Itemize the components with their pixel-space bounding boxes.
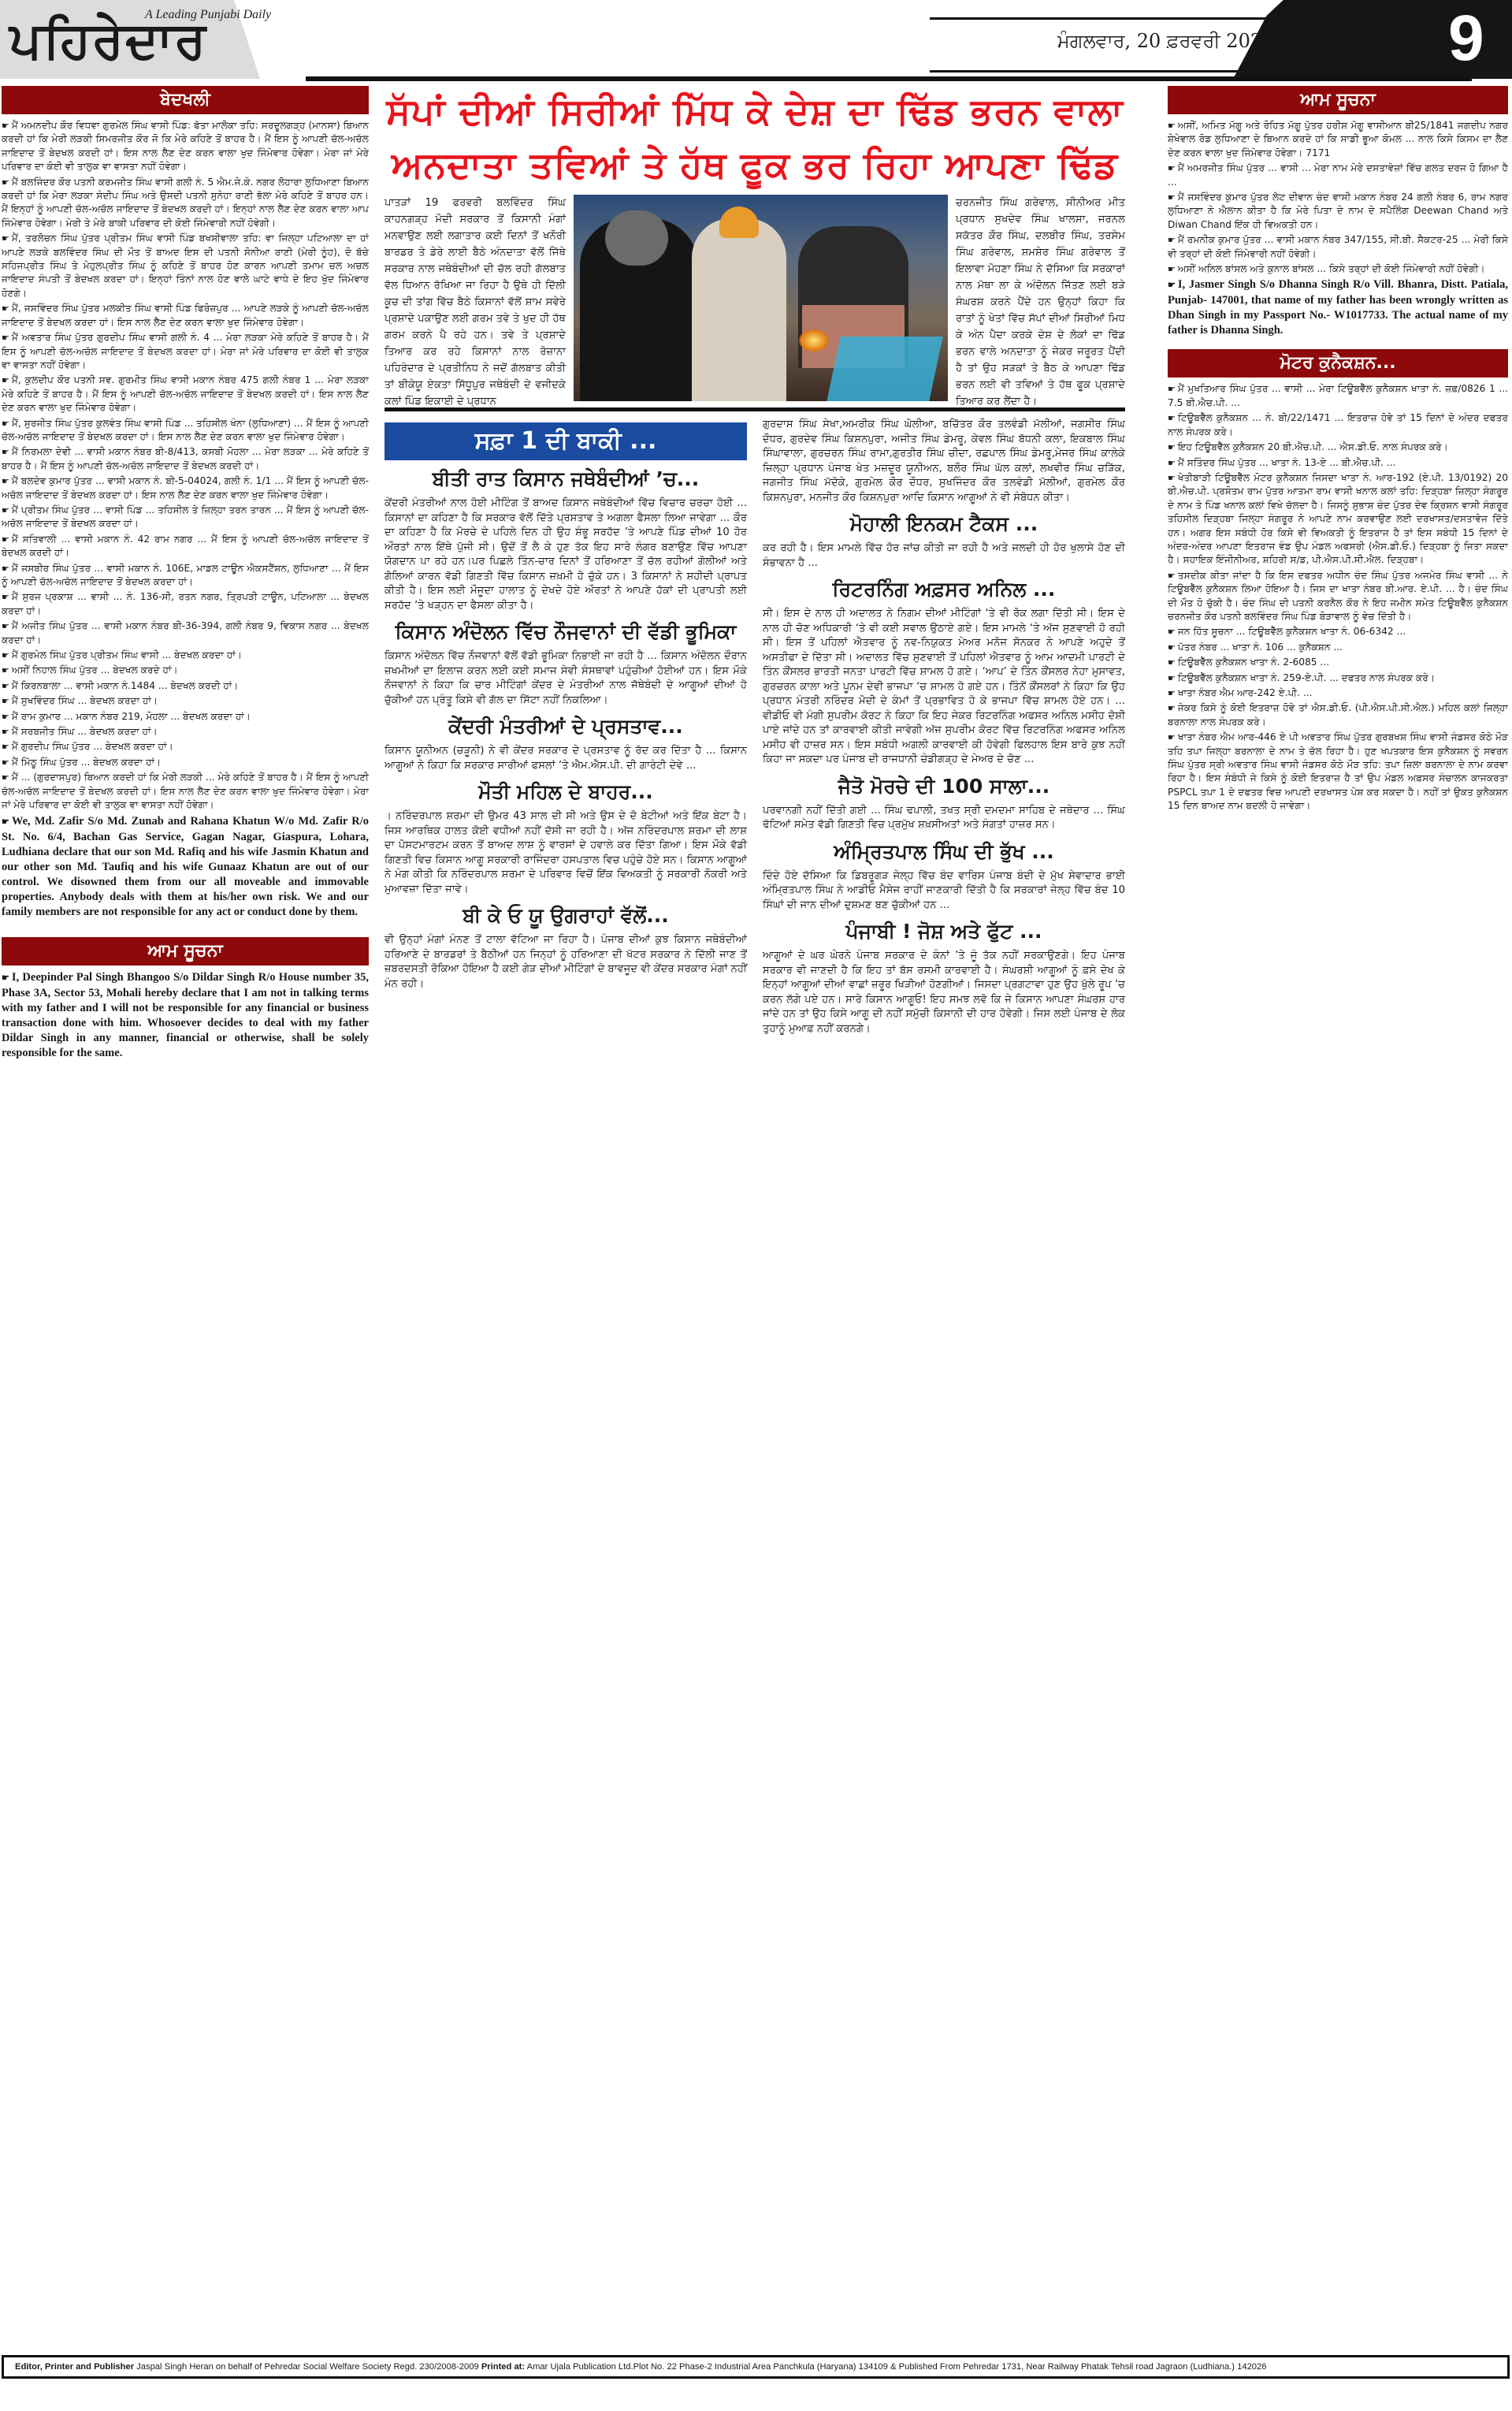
pointing-hand-icon: ☛ [2,121,9,131]
notice-item: ☛ਮੈਂ ਸੁਰਜ ਪ੍ਰਕਾਸ਼ ... ਵਾਸੀ ... ਨੰ. 136-ਸ… [2,590,369,618]
notice-item: ☛ਮੈਂ, ਤਰਲੋਚਨ ਸਿੰਘ ਪੁੱਤਰ ਪ੍ਰੀਤਮ ਸਿੰਘ ਵਾਸੀ… [2,232,369,300]
story-list-right: ਗੁਰਦਾਸ ਸਿੰਘ ਸੇਖਾ,ਅਮਰੀਕ ਸਿੰਘ ਘੋਲੀਆ, ਬਚਿੱਤ… [763,418,1125,1040]
tagline: A Leading Punjabi Daily [145,8,271,22]
photo-fire [798,329,830,352]
pointing-hand-icon: ☛ [1168,627,1176,637]
story-headline[interactable]: ਕੇਂਦਰੀ ਮੰਤਰੀਆਂ ਦੇ ਪ੍ਰਸਤਾਵ... [385,713,747,741]
masthead-rule [306,76,1472,81]
main-news-area: ਸੱਪਾਂ ਦੀਆਂ ਸਿਰੀਆਂ ਮਿੱਧ ਕੇ ਦੇਸ਼ ਦਾ ਢਿੱਡ ਭ… [385,83,1125,2349]
lead-story-photo[interactable] [574,195,948,401]
notice-item: ☛ਮੈਂ ਅਜੀਤ ਸਿੰਘ ਪੁੱਤਰ ... ਵਾਸੀ ਮਕਾਨ ਨੰਬਰ … [2,619,369,647]
story-body: । ਨਰਿੰਦਰਪਾਲ ਸ਼ਰਮਾ ਦੀ ਉਮਰ 43 ਸਾਲ ਦੀ ਸੀ ਅਤ… [385,809,747,897]
pointing-hand-icon: ☛ [2,665,9,675]
pointing-hand-icon: ☛ [1168,473,1176,483]
pointing-hand-icon: ☛ [2,592,9,602]
notice-item: ☛ਖਾਤਾ ਨੰਬਰ ਐਮ ਆਰ-446 ਏ ਪੀ ਅਵਤਾਰ ਸਿੰਘ ਪੁੱ… [1168,731,1508,813]
continued-stories: ਸਫ਼ਾ 1 ਦੀ ਬਾਕੀ ... ਬੀਤੀ ਰਾਤ ਕਿਸਾਨ ਜਥੇਬੰਦ… [385,418,1125,1040]
pointing-hand-icon: ☛ [2,712,9,722]
imprint-footer: Editor, Printer and Publisher Jaspal Sin… [2,2355,1510,2379]
notice-item: ☛ਅਸੀਂ ਨਿਹਾਲ ਸਿੰਘ ਪੁੱਤਰ ... ਬੇਦਖਲ ਕਰਦੇ ਹਾ… [2,664,369,677]
pointing-hand-icon: ☛ [1168,458,1176,468]
pointing-hand-icon: ☛ [2,772,9,783]
lead-story: ਪਾਤੜਾਂ 19 ਫਰਵਰੀ ਬਲਵਿੰਦਰ ਸਿੰਘ ਕਾਹਨਗੜ੍ਹ ਮੋ… [385,195,1125,401]
pointing-hand-icon: ☛ [2,177,9,188]
pointing-hand-icon: ☛ [2,564,9,574]
story-body: ਕਿਸਾਨ ਅੰਦੋਲਨ ਵਿੱਚ ਨੌਜਵਾਨਾਂ ਵੱਲੋਂ ਵੱਡੀ ਭੂ… [385,649,747,708]
masthead: ਪਹਿਰੇਦਾਰ A Leading Punjabi Daily ਮੰਗਲਵਾਰ… [0,0,1512,79]
notice-item: ☛ਮੈਂ ਕਿਰਨਬਾਲਾ ... ਵਾਸੀ ਮਕਾਨ ਨੰ.1484 ... … [2,679,369,693]
notice-item: ☛ਮੈਂ ਮਿੱਠੂ ਸਿੰਘ ਪੁੱਤਰ ... ਬੇਦਖਲ ਕਰਦਾ ਹਾਂ… [2,756,369,769]
story-list-left: ਬੀਤੀ ਰਾਤ ਕਿਸਾਨ ਜਥੇਬੰਦੀਆਂ ’ਚ...ਕੇਂਦਰੀ ਮੰਤ… [385,465,747,992]
photo-basket [827,337,942,401]
section-title-aam-suchna-right: ਆਮ ਸੂਚਨਾ [1168,86,1508,114]
story-headline[interactable]: ਅੰਮ੍ਰਿਤਪਾਲ ਸਿੰਘ ਦੀ ਭੁੱਖ ... [763,838,1125,866]
pointing-hand-icon: ☛ [1168,688,1176,698]
pointing-hand-icon: ☛ [1168,413,1176,423]
story-headline[interactable]: ਬੀ ਕੇ ਓ ਯੂ ਉਗਰਾਹਾਂ ਵੱਲੋਂ... [385,902,747,930]
notice-item: ☛ਮੈਂ ਸਤਿਵਾਲੀ ... ਵਾਸੀ ਮਕਾਨ ਨੰ. 42 ਰਾਮ ਨਗ… [2,533,369,560]
notice-item: ☛ਮੈਂ ਬਲਦੇਵ ਕੁਮਾਰ ਪੁੱਤਰ ... ਵਾਸੀ ਮਕਾਨ ਨੰ.… [2,474,369,502]
photo-figure [605,210,668,266]
story-body: ਕੇਂਦਰੀ ਮੰਤਰੀਆਂ ਨਾਲ ਹੋਈ ਮੀਟਿੰਗ ਤੋਂ ਬਾਅਦ ਕ… [385,497,747,613]
notice-list: ☛ਮੈਂ ਅਮਨਦੀਪ ਕੌਰ ਵਿਧਵਾ ਗੁਰਮੇਲ ਸਿੰਘ ਵਾਸੀ ਪ… [2,119,369,813]
notice-item: ☛ਜੇਕਰ ਕਿਸੇ ਨੂੰ ਕੋਈ ਇਤਰਾਜ਼ ਹੋਵੇ ਤਾਂ ਐਸ.ਡੀ… [1168,701,1508,729]
pointing-hand-icon: ☛ [1168,642,1176,653]
notice-item: ☛ਟਿਊਬਵੈੱਲ ਕੁਨੈਕਸ਼ਨ ਖਾਤਾ ਨੰ. 259-ਏ.ਪੀ. ..… [1168,672,1508,685]
notice-item: ☛ਮੈਂ, ਜਸਵਿੰਦਰ ਸਿੰਘ ਪੁੱਤਰ ਮਲਕੀਤ ਸਿੰਘ ਵਾਸੀ… [2,302,369,329]
story-headline[interactable]: ਕਿਸਾਨ ਅੰਦੋਲਨ ਵਿੱਚ ਨੌਜਵਾਨਾਂ ਦੀ ਵੱਡੀ ਭੂਮਿਕ… [385,618,747,646]
notice-item: ☛ਅਸੀਂ ਅਨਿਲ ਬਾਂਸਲ ਅਤੇ ਕੁਨਾਲ ਬਾਂਸਲ ... ਕਿਸ… [1168,262,1508,276]
notice-item: ☛ਮੈਂ ਅਮਨਦੀਪ ਕੌਰ ਵਿਧਵਾ ਗੁਰਮੇਲ ਸਿੰਘ ਵਾਸੀ ਪ… [2,119,369,174]
notice-item: ☛ਟਿਊਬਵੈੱਲ ਕੁਨੈਕਸ਼ਨ ... ਨੰ. ਬੀ/22/1471 ..… [1168,411,1508,439]
pointing-hand-icon: ☛ [2,534,9,545]
pointing-hand-icon: ☛ [2,333,9,343]
lead-headline-line1[interactable]: ਸੱਪਾਂ ਦੀਆਂ ਸਿਰੀਆਂ ਮਿੱਧ ਕੇ ਦੇਸ਼ ਦਾ ਢਿੱਡ ਭ… [385,86,1125,136]
pointing-hand-icon: ☛ [2,742,9,752]
right-column-notices: ਆਮ ਸੂਚਨਾ ☛ਅਸੀਂ, ਅਮਿਤ ਮੱਗੂ ਅਤੇ ਰੋਹਿਤ ਮੱਗੂ… [1168,83,1508,2349]
notice-item: ☛ਮੈਂ ਗੁਰਮੇਲ ਸਿੰਘ ਪੁੱਤਰ ਪ੍ਰੀਤਮ ਸਿੰਘ ਵਾਸੀ … [2,649,369,662]
story-body: ਕਿਸਾਨ ਯੂਨੀਅਨ (ਚੜੂਨੀ) ਨੇ ਵੀ ਕੇਂਦਰ ਸਰਕਾਰ ਦ… [385,744,747,773]
story-headline[interactable]: ਜੈਤੋ ਮੋਰਚੇ ਦੀ 100 ਸਾਲਾ... [763,772,1125,801]
pointing-hand-icon: ☛ [1168,264,1176,274]
notice-item: ☛ਮੈਂ ਨਿਰਮਲਾ ਦੇਵੀ ... ਵਾਸੀ ਮਕਾਨ ਨੰਬਰ ਬੀ-8… [2,445,369,473]
section-title-bedakhli: ਬੇਦਖਲੀ [2,86,369,114]
pointing-hand-icon: ☛ [2,973,9,983]
pointing-hand-icon: ☛ [1168,163,1176,173]
pointing-hand-icon: ☛ [2,419,9,429]
pointing-hand-icon: ☛ [1168,673,1176,683]
lead-story-text-left: ਪਾਤੜਾਂ 19 ਫਰਵਰੀ ਬਲਵਿੰਦਰ ਸਿੰਘ ਕਾਹਨਗੜ੍ਹ ਮੋ… [385,195,566,401]
english-notice-right: ☛I, Jasmer Singh S/o Dhanna Singh R/o Vi… [1168,277,1508,338]
section-title-motor-connection: ਮੋਟਰ ਕੁਨੈਕਸ਼ਨ... [1168,349,1508,378]
pointing-hand-icon: ☛ [1168,192,1176,203]
pointing-hand-icon: ☛ [2,681,9,691]
pointing-hand-icon: ☛ [1168,703,1176,713]
story-body: ਦਿੰਦੇ ਹੋਏ ਦੱਸਿਆ ਕਿ ਡਿਬਰੂਗੜ ਜੇਲ੍ਹ ਵਿੱਚ ਬੰ… [763,869,1125,913]
story-body: ਵੀ ਉਨ੍ਹਾਂ ਮੰਗਾਂ ਮੰਨਣ ਤੋਂ ਟਾਲਾ ਵੱਟਿਆ ਜਾ ਰ… [385,933,747,992]
pointing-hand-icon: ☛ [2,447,9,457]
notice-item: ☛ਮੈਂ ... (ਗੁਰਦਾਸਪੁਰ) ਬਿਆਨ ਕਰਦੀ ਹਾਂ ਕਿ ਮੇ… [2,771,369,812]
notice-item: ☛ਮੈਂ ਸਰਬਜੀਤ ਸਿੰਘ ... ਬੇਦਖਲ ਕਰਦਾ ਹਾਂ। [2,725,369,739]
notice-item: ☛ਮੈਂ ਪ੍ਰੀਤਮ ਸਿੰਘ ਪੁੱਤਰ ... ਵਾਸੀ ਪਿੰਡ ...… [2,504,369,531]
notice-item: ☛ਖਾਤਾ ਨੰਬਰ ਐਮ ਆਰ-242 ਏ.ਪੀ. ... [1168,686,1508,700]
notice-item: ☛ਮੈਂ, ਕੁਲਦੀਪ ਕੌਰ ਪਤਨੀ ਸਵ. ਗੁਰਮੀਤ ਸਿੰਘ ਵਾ… [2,374,369,415]
story-headline[interactable]: ਬੀਤੀ ਰਾਤ ਕਿਸਾਨ ਜਥੇਬੰਦੀਆਂ ’ਚ... [385,465,747,493]
notice-item: ☛ਮੈਂ ਬਲਜਿੰਦਰ ਕੌਰ ਪਤਨੀ ਕਰਮਜੀਤ ਸਿੰਘ ਵਾਸੀ ਗ… [2,176,369,231]
notice-item: ☛ਮੈਂ ਗੁਰਦੀਪ ਸਿੰਘ ਪੁੱਤਰ ... ਬੇਦਖਲ ਕਰਦਾ ਹਾ… [2,740,369,753]
notice-item: ☛ਮੈਂ ਮੁਖਤਿਆਰ ਸਿੰਘ ਪੁੱਤਰ ... ਵਾਸੀ ... ਮੇਰ… [1168,382,1508,410]
story-body: ਗੁਰਦਾਸ ਸਿੰਘ ਸੇਖਾ,ਅਮਰੀਕ ਸਿੰਘ ਘੋਲੀਆ, ਬਚਿੱਤ… [763,418,1125,505]
lead-headline-line2[interactable]: ਅਨਦਾਤਾ ਤਵਿਆਂ ਤੇ ਹੱਥ ਫੂਕ ਭਰ ਰਿਹਾ ਆਪਣਾ ਢਿੱ… [385,140,1125,190]
section-title-aam-suchna: ਆਮ ਸੂਚਨਾ [2,937,369,966]
pointing-hand-icon: ☛ [2,757,9,768]
story-body: ਆਗੂਆਂ ਦੇ ਘਰ ਘੇਰਨੇ ਪੰਜਾਬ ਸਰਕਾਰ ਦੇ ਕੰਨਾਂ ’… [763,949,1125,1036]
pointing-hand-icon: ☛ [2,476,9,486]
page-number: 9 [1448,6,1484,71]
lead-story-text-right: ਚਰਨਜੀਤ ਸਿੰਘ ਗਰੇਵਾਲ, ਸੀਨੀਅਰ ਮੀਤ ਪ੍ਰਧਾਨ ਸੁ… [956,195,1125,401]
story-headline[interactable]: ਮੋਹਾਲੀ ਇਨਕਮ ਟੈਕਸ ... [763,510,1125,538]
notice-list-right: ☛ਅਸੀਂ, ਅਮਿਤ ਮੱਗੂ ਅਤੇ ਰੋਹਿਤ ਮੱਗੂ ਪੁੱਤਰ ਹਰ… [1168,119,1508,276]
pointing-hand-icon: ☛ [1168,235,1176,245]
story-headline[interactable]: ਮੌਤੀ ਮਹਿਲ ਦੇ ਬਾਹਰ... [385,778,747,806]
pointing-hand-icon: ☛ [2,233,9,244]
story-body: ਸੀ। ਇਸ ਦੇ ਨਾਲ ਹੀ ਅਦਾਲਤ ਨੇ ਨਿਗਮ ਦੀਆਂ ਮੀਟਿ… [763,607,1125,768]
notice-item: ☛ਮੈਂ ਸੁਖਵਿੰਦਰ ਸਿੰਘ ... ਬੇਦਖਲ ਕਰਦਾ ਹਾਂ। [2,694,369,708]
pointing-hand-icon: ☛ [2,505,9,515]
story-headline[interactable]: ਪੰਜਾਬੀ ! ਜੋਸ਼ ਅਤੇ ਫੁੱਟ ... [763,917,1125,946]
notice-item: ☛ਖੇਤੀਬਾੜੀ ਟਿਊਬਵੈੱਲ ਮੋਟਰ ਕੁਨੈਕਸ਼ਨ ਜਿਸਦਾ ਖ… [1168,471,1508,567]
continued-from-page1-banner: ਸਫ਼ਾ 1 ਦੀ ਬਾਕੀ ... [385,422,747,460]
pointing-hand-icon: ☛ [2,817,9,827]
pointing-hand-icon: ☛ [2,727,9,737]
story-headline[interactable]: ਰਿਟਰਨਿੰਗ ਅਫ਼ਸਰ ਅਨਿਲ ... [763,575,1125,604]
pointing-hand-icon: ☛ [1168,281,1176,290]
story-body: ਕਰ ਰਹੀ ਹੈ। ਇਸ ਮਾਮਲੇ ਵਿੱਚ ਹੋਰ ਜਾਂਚ ਕੀਤੀ ਜ… [763,541,1125,571]
left-column-classifieds: ਬੇਦਖਲੀ ☛ਮੈਂ ਅਮਨਦੀਪ ਕੌਰ ਵਿਧਵਾ ਗੁਰਮੇਲ ਸਿੰਘ… [2,83,369,2349]
issue-date: ਮੰਗਲਵਾਰ, 20 ਫ਼ਰਵਰੀ 2024 [1057,30,1274,52]
english-notice: ☛We, Md. Zafir S/o Md. Zunab and Rahana … [2,814,369,920]
pointing-hand-icon: ☛ [1168,732,1176,742]
notice-item: ☛ਮੈਂ ਰਾਮ ਕੁਮਾਰ ... ਮਕਾਨ ਨੰਬਰ 219, ਮੋਹਲਾ … [2,710,369,724]
notice-item: ☛ਮੈਂ ਜਸਵਿੰਦਰ ਕੁਮਾਰ ਪੁੱਤਰ ਲੇਟ ਦੀਵਾਨ ਚੰਦ ਵ… [1168,191,1508,232]
notice-item: ☛ਮੈਂ ਅਮਰਜੀਤ ਸਿੰਘ ਪੁੱਤਰ ... ਵਾਸੀ ... ਮੇਰਾ… [1168,162,1508,189]
photo-figure [719,206,759,238]
pointing-hand-icon: ☛ [1168,442,1176,452]
notice-item: ☛ਤਸਦੀਕ ਕੀਤਾ ਜਾਂਦਾ ਹੈ ਕਿ ਇਸ ਦਫਤਰ ਅਧੀਨ ਚੰਦ… [1168,569,1508,624]
pointing-hand-icon: ☛ [2,303,9,314]
notice-item: ☛ਮੈਂ ਰਮਨੀਕ ਕੁਮਾਰ ਪੁੱਤਰ ... ਵਾਸੀ ਮਕਾਨ ਨੰਬ… [1168,233,1508,261]
notice-item: ☛ਟਿਊਬਵੈੱਲ ਕੁਨੈਕਸ਼ਨ ਖਾਤਾ ਨੰ. 2-6085 ... [1168,656,1508,669]
pointing-hand-icon: ☛ [1168,121,1176,131]
photo-figure [692,218,786,401]
notice-item: ☛ਮੈਂ, ਸੁਰਜੀਤ ਸਿੰਘ ਪੁੱਤਰ ਕੁਲਵੰਤ ਸਿੰਘ ਵਾਸੀ… [2,417,369,445]
motor-notice-list: ☛ਮੈਂ ਮੁਖਤਿਆਰ ਸਿੰਘ ਪੁੱਤਰ ... ਵਾਸੀ ... ਮੇਰ… [1168,382,1508,813]
pointing-hand-icon: ☛ [1168,384,1176,394]
footer-label: Editor, Printer and Publisher [15,2362,134,2372]
notice-item: ☛ਮੈਂ ਜਸਬੀਰ ਸਿੰਘ ਪੁੱਤਰ ... ਵਾਸੀ ਮਕਾਨ ਨੰ. … [2,562,369,590]
notice-item: ☛ਅਸੀਂ, ਅਮਿਤ ਮੱਗੂ ਅਤੇ ਰੋਹਿਤ ਮੱਗੂ ਪੁੱਤਰ ਹਰ… [1168,119,1508,160]
pointing-hand-icon: ☛ [2,650,9,660]
newspaper-logo[interactable]: ਪਹਿਰੇਦਾਰ [9,16,207,66]
notice-item: ☛ਜਨ ਹਿੱਤ ਸੂਚਨਾ ... ਟਿਊਬਵੈੱਲ ਕੁਨੈਕਸ਼ਨ ਖਾਤ… [1168,625,1508,638]
pointing-hand-icon: ☛ [1168,657,1176,668]
notice-item: ☛ਪੱਤਰ ਨੰਬਰ ... ਖਾਤਾ ਨੰ. 106 ... ਕੁਨੈਕਸ਼ਨ… [1168,641,1508,654]
pointing-hand-icon: ☛ [2,696,9,706]
english-notice-2: ☛I, Deepinder Pal Singh Bhangoo S/o Dild… [2,970,369,1061]
pointing-hand-icon: ☛ [2,375,9,385]
notice-item: ☛ਮੈਂ ਅਵਤਾਰ ਸਿੰਘ ਪੁੱਤਰ ਗੁਰਦੀਪ ਸਿੰਘ ਵਾਸੀ ਗ… [2,331,369,372]
notice-item: ☛ਇਹ ਟਿਊਬਵੈੱਲ ਕੁਨੈਕਸ਼ਨ 20 ਬੀ.ਐਚ.ਪੀ. ... ਐ… [1168,441,1508,454]
pointing-hand-icon: ☛ [2,621,9,631]
pointing-hand-icon: ☛ [1168,571,1176,581]
notice-item: ☛ਮੈਂ ਸਤਿੰਦਰ ਸਿੰਘ ਪੁੱਤਰ ... ਖਾਤਾ ਨੰ. 13-ਏ… [1168,456,1508,470]
story-body: ਪਰਵਾਨਗੀ ਨਹੀਂ ਦਿੱਤੀ ਗਈ ... ਸਿੰਘ ਢਪਾਲੀ, ਤਖ… [763,804,1125,833]
continued-left-column: ਸਫ਼ਾ 1 ਦੀ ਬਾਕੀ ... ਬੀਤੀ ਰਾਤ ਕਿਸਾਨ ਜਥੇਬੰਦ… [385,418,747,1040]
